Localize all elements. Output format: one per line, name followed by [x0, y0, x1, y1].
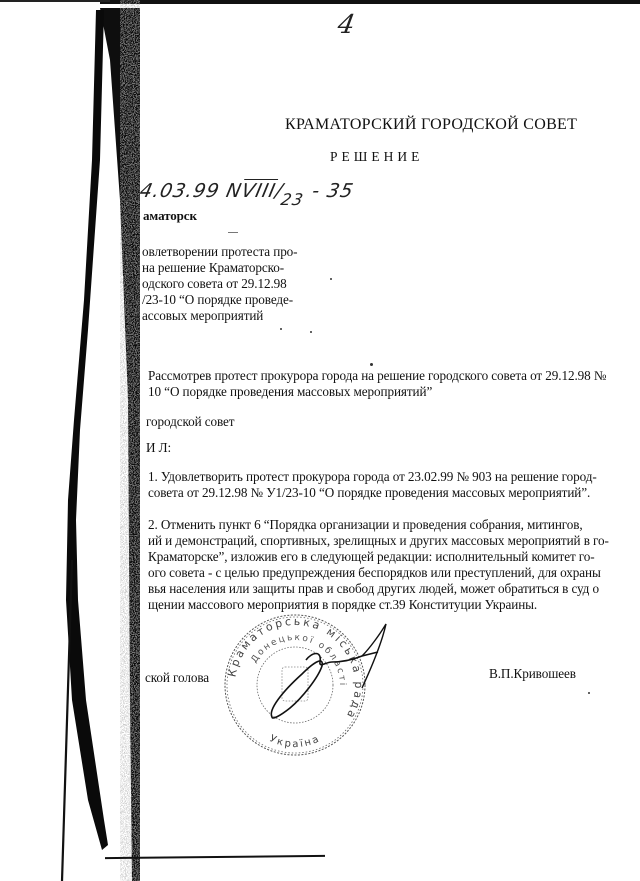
signatory-name: В.П.Кривошеев: [489, 666, 576, 682]
paragraph-line: ий и демонстраций, спортивных, зрелищных…: [148, 533, 609, 549]
scan-speck: [370, 363, 373, 366]
paragraph-line: 2. Отменить пункт 6 “Порядка организации…: [148, 517, 609, 533]
document-type: РЕШЕНИЕ: [330, 149, 423, 165]
number-sub: 23: [279, 190, 305, 209]
page-number-handwritten: 4: [335, 10, 357, 40]
date-text: 4.03.99 N: [138, 180, 244, 202]
paragraph-line: ого совета - с целью предупреждения бесп…: [148, 565, 609, 581]
decided-label: И Л:: [146, 440, 171, 456]
scan-speck: [330, 278, 332, 280]
paragraph-line: Рассмотрев протест прокурора города на р…: [148, 368, 606, 384]
city: аматорск: [143, 208, 197, 224]
scan-speck: [280, 328, 282, 330]
council-label: городской совет: [146, 414, 234, 430]
subject-line: одского совета от 29.12.98: [142, 276, 342, 292]
stamp-bottom-text: Україна: [268, 733, 323, 750]
scan-speck: [588, 692, 590, 694]
subject-block: овлетворении протеста про- на решение Кр…: [142, 244, 342, 324]
organization-title: КРАМАТОРСКИЙ ГОРОДСКОЙ СОВЕТ: [285, 117, 577, 133]
paragraph-line: совета от 29.12.98 № У1/23-10 “О порядке…: [148, 485, 597, 501]
paragraph-line: щении массового мероприятия в порядке ст…: [148, 597, 609, 613]
decision-item-1: 1. Удовлетворить протест прокурора город…: [148, 469, 597, 501]
intro-paragraph: Рассмотрев протест прокурора города на р…: [148, 368, 606, 400]
signatory-role: ской голова: [145, 670, 209, 686]
scan-speck: [310, 331, 312, 333]
subject-line: ассовых мероприятий: [142, 308, 342, 324]
number-roman: VIII: [239, 180, 277, 202]
paragraph-line: Краматорске”, изложив его в следующей ре…: [148, 549, 609, 565]
subject-line: на решение Краматорско-: [142, 260, 342, 276]
paragraph-line: вья населения или защиты прав и свобод д…: [148, 581, 609, 597]
scan-binding-shadow: [0, 0, 140, 881]
paragraph-line: 10 “О порядке проведения массовых меропр…: [148, 384, 606, 400]
date-number-handwritten: 4.03.99 NVIII/23 - 35: [138, 180, 356, 202]
scan-noise-top-right: [380, 0, 640, 120]
subject-line: овлетворении протеста про-: [142, 244, 342, 260]
subject-line: /23-10 “О порядке проведе-: [142, 292, 342, 308]
number-suffix: - 35: [310, 180, 356, 202]
scan-speck: [228, 232, 238, 233]
paragraph-line: 1. Удовлетворить протест прокурора город…: [148, 469, 597, 485]
handwritten-signature: [262, 622, 392, 722]
decision-item-2: 2. Отменить пункт 6 “Порядка организации…: [148, 517, 609, 613]
